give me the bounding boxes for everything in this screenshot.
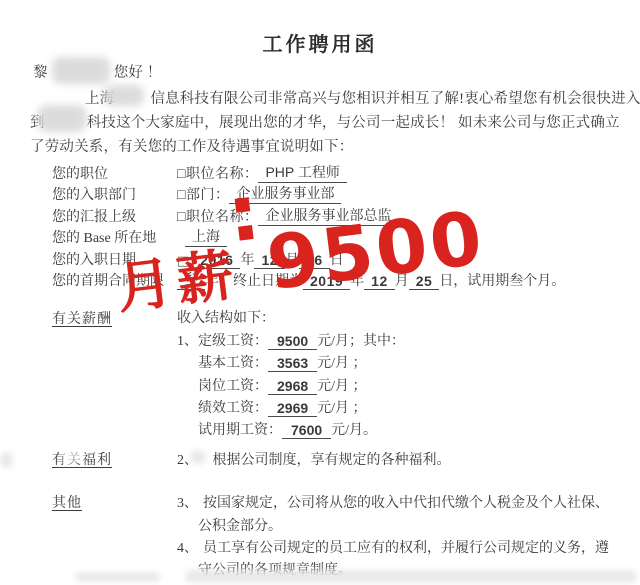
row-field: □职位名称： [177, 163, 258, 183]
salary-item-probation: 试用期工资： 7600 元/月。 [198, 417, 405, 439]
bottom-smudge-2 [185, 570, 637, 583]
fade-smudge-welfare-heading [62, 447, 84, 464]
intro-line-3: 了劳动关系，有关您的工作及待遇事宜说明如下： [30, 135, 353, 156]
salary-item-prefix: 基本工资： [198, 352, 268, 372]
probation-salary-value: 7600 [282, 422, 331, 439]
salutation: 您好 ！ [114, 65, 162, 81]
salary-item-suffix: 元/月 ； [317, 397, 366, 417]
intro-line-2: 到科技这个大家庭中，展现出您的才华，与公司一起成长！ 如未来公司与您正式确立 [30, 111, 620, 132]
row-label: 您的入职部门 [52, 184, 177, 204]
row-label: 您的职位 [52, 163, 177, 183]
other-item-text: 按国家规定，公司将从您的收入中代扣代缴个人税金及个人社保、 [203, 492, 609, 512]
position-row-department: 您的入职部门 □部门： 企业服务事业部 [52, 183, 612, 205]
salary-item-performance: 绩效工资： 2969 元/月 ； [198, 395, 405, 417]
performance-salary-value: 2969 [268, 400, 317, 417]
intro-line-1: 上海信息科技有限公司非常高兴与您相识并相互了解!衷心希望您有机会很快进入 [85, 87, 640, 108]
salary-item-suffix: 元/月。 [331, 419, 377, 439]
position-title-value: PHP 工程师 [258, 162, 346, 183]
other-item-text: 员工享有公司规定的员工应有的权利，并履行公司规定的义务，遵 [203, 537, 609, 557]
other-block: 3、 按国家规定，公司将从您的收入中代扣代缴个人税金及个人社保、 公积金部分。 … [177, 490, 609, 579]
bottom-smudge-1 [75, 572, 160, 582]
salary-block: 收入结构如下： 1、定级工资： 9500 元/月；其中： 基本工资： 3563 … [177, 305, 405, 439]
salary-item-post: 岗位工资： 2968 元/月 ； [198, 372, 405, 394]
recipient-surname: 黎 [33, 65, 48, 81]
welfare-item: 2、 根据公司制度，享有规定的各种福利。 [177, 449, 451, 469]
position-row-title: 您的职位 □职位名称： PHP 工程师 [52, 161, 612, 183]
row-field: □部门： [177, 184, 229, 204]
blur-smudge-left-margin [0, 452, 13, 468]
salary-item-suffix: 元/月 ； [317, 375, 366, 395]
other-line: 3、 按国家规定，公司将从您的收入中代扣代缴个人税金及个人社保、 [177, 490, 609, 512]
intro-line-3-text: 了劳动关系，有关您的工作及待遇事宜说明如下： [30, 139, 353, 155]
base-salary-value: 3563 [268, 355, 317, 372]
salary-item-prefix: 试用期工资： [198, 419, 282, 439]
salary-item-prefix: 岗位工资： [198, 375, 268, 395]
page-title: 工作聘用函 [0, 28, 640, 57]
annotation-prefix-text: 月薪 [113, 242, 242, 321]
row-label: 您的汇报上级 [52, 206, 177, 226]
salary-item-suffix: 元/月；其中： [317, 330, 405, 350]
other-line: 4、 员工享有公司规定的员工应有的权利，并履行公司规定的义务，遵 [177, 535, 609, 557]
salary-item-prefix: 1、定级工资： [177, 330, 268, 350]
colon-icon [240, 241, 261, 292]
other-heading: 其他 [52, 492, 82, 512]
welfare-item-text: 根据公司制度，享有规定的各种福利。 [213, 453, 451, 468]
intro-line-1-text: 信息科技有限公司非常高兴与您相识并相互了解!衷心希望您有机会很快进入 [150, 91, 640, 107]
redaction-blur-company-2 [38, 105, 86, 132]
blur-smudge-item-number [190, 450, 206, 464]
redaction-blur-company-1 [104, 85, 144, 106]
post-salary-value: 2968 [268, 378, 317, 395]
redaction-blur-name [52, 57, 110, 84]
other-line: 公积金部分。 [198, 512, 609, 534]
intro-line-2-text: 科技这个大家庭中，展现出您的才华，与公司一起成长！ 如未来公司与您正式确立 [87, 115, 620, 131]
other-item-text: 公积金部分。 [198, 515, 282, 535]
salary-item-suffix: 元/月 ； [317, 352, 366, 372]
other-item-number: 4、 [177, 537, 198, 557]
other-item-number: 3、 [177, 492, 198, 512]
offer-letter-scan: { "page": { "background": "#ffffff", "te… [0, 0, 640, 585]
salary-item-graded: 1、定级工资： 9500 元/月；其中： [177, 327, 405, 349]
salary-item-base: 基本工资： 3563 元/月 ； [198, 350, 405, 372]
graded-salary-value: 9500 [268, 333, 317, 350]
salary-item-prefix: 绩效工资： [198, 397, 268, 417]
salary-heading: 有关薪酬 [52, 308, 112, 328]
